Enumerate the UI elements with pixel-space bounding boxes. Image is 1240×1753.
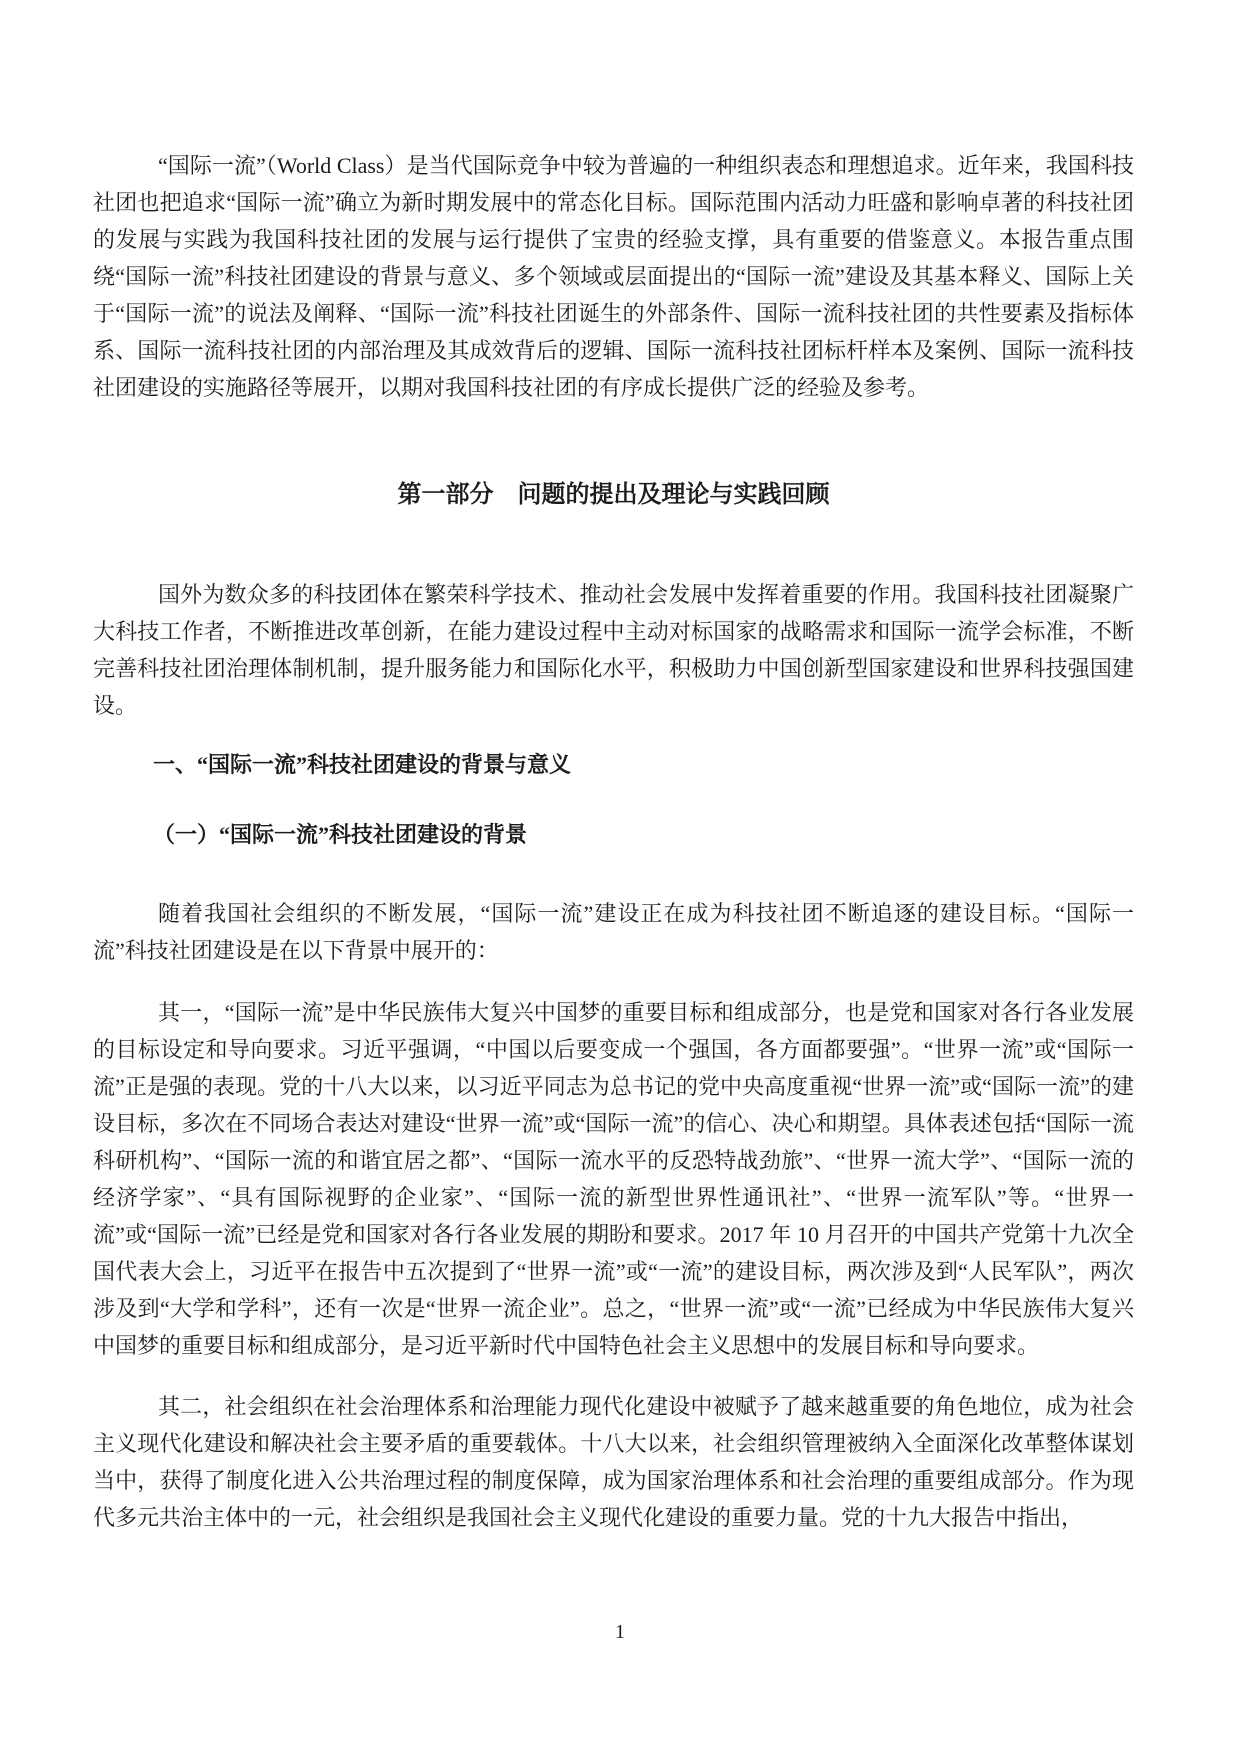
section-heading: 一、“国际一流”科技社团建设的背景与意义 bbox=[93, 750, 1134, 780]
intro-paragraph: “国际一流”（World Class）是当代国际竞争中较为普遍的一种组织表态和理… bbox=[93, 147, 1134, 406]
paragraph-point-one: 其一，“国际一流”是中华民族伟大复兴中国梦的重要目标和组成部分，也是党和国家对各… bbox=[93, 994, 1134, 1364]
page-number: 1 bbox=[0, 1620, 1240, 1644]
lead-paragraph: 国外为数众多的科技团体在繁荣科学技术、推动社会发展中发挥着重要的作用。我国科技社… bbox=[93, 576, 1134, 724]
part-heading: 第一部分 问题的提出及理论与实践回顾 bbox=[93, 478, 1134, 512]
paragraph-point-two: 其二，社会组织在社会治理体系和治理能力现代化建设中被赋予了越来越重要的角色地位，… bbox=[93, 1388, 1134, 1536]
subsection-heading: （一）“国际一流”科技社团建设的背景 bbox=[93, 820, 1134, 850]
paragraph-background-intro: 随着我国社会组织的不断发展，“国际一流”建设正在成为科技社团不断追逐的建设目标。… bbox=[93, 895, 1134, 969]
document-page: “国际一流”（World Class）是当代国际竞争中较为普遍的一种组织表态和理… bbox=[0, 0, 1240, 1753]
